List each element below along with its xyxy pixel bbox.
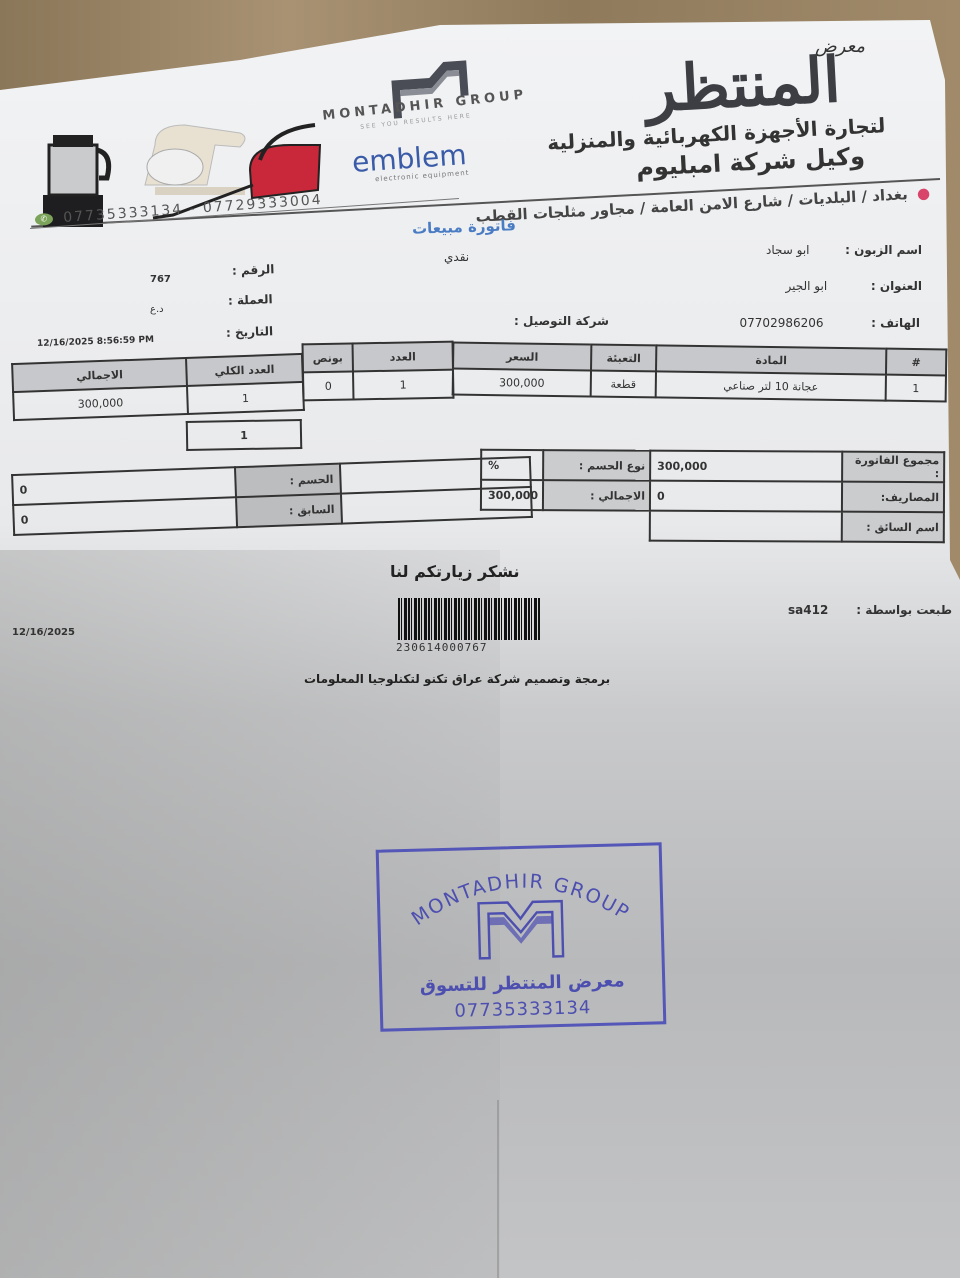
items-table: # المادة التعبئة السعر 1 عجانة 10 لتر صن… [452, 342, 948, 403]
stamp-group-name: MONTADHIR GROUP [406, 867, 635, 931]
paper-fold [497, 1100, 499, 1278]
customer-label: اسم الزبون : [845, 243, 922, 257]
phone-field: الهاتف : 07702986206 [740, 316, 920, 330]
date-label: التاريخ : [226, 324, 274, 340]
driver-value [650, 511, 842, 542]
currency-value: د.ع [150, 304, 164, 315]
cell-quantity: 1 [353, 370, 453, 400]
previous-value: 0 [13, 497, 237, 535]
col-index: # [886, 349, 946, 376]
cell-price: 300,000 [453, 369, 591, 397]
sum-total-quantity: 1 [187, 420, 301, 450]
items-table-qty: العدد بونص 1 0 [302, 341, 455, 402]
table-row[interactable]: 1 عجانة 10 لتر صناعي قطعة 300,000 [453, 369, 946, 402]
previous-label: السابق : [236, 494, 342, 528]
total-quantity-sum: 1 [186, 419, 303, 451]
address-label: العنوان : [871, 279, 922, 293]
col-packaging: التعبئة [591, 344, 656, 371]
cell-index: 1 [886, 375, 946, 402]
col-total-quantity: العدد الكلي [186, 354, 303, 386]
software-credits: برمجة وتصميم شركة عراق تكنو لتكنلوجيا ال… [304, 672, 610, 686]
customer-value: ابو سجاد [766, 243, 810, 257]
cell-total: 300,000 [13, 386, 188, 420]
address-value: ابو الجير [786, 279, 828, 293]
col-item: المادة [656, 345, 886, 374]
discount-type-label: نوع الحسم : [543, 450, 650, 481]
footer-date: 12/16/2025 [12, 627, 75, 638]
delivery-field: شركة التوصيل : [514, 314, 609, 328]
stamp-m-logo-icon [479, 901, 564, 958]
delivery-label: شركة التوصيل : [514, 314, 609, 328]
brand-name: المنتظر [644, 43, 842, 126]
whatsapp-icon: ✆ [35, 213, 54, 226]
invoice-sum-value: 300,000 [650, 451, 842, 482]
number-value: 767 [150, 274, 171, 285]
driver-label: اسم السائق : [842, 512, 944, 543]
company-stamp: MONTADHIR GROUP معرض المنتظر للتسوق 0773… [376, 842, 667, 1031]
customer-field: اسم الزبون : ابو سجاد [766, 243, 922, 257]
payment-type: نقدي [444, 250, 469, 264]
barcode-number: 230614000767 [396, 641, 487, 654]
stand-mixer-icon [145, 125, 245, 195]
cell-bonus: 0 [303, 371, 353, 400]
grand-total-label: الاجمالي : [543, 480, 650, 511]
col-bonus: بونص [303, 343, 353, 372]
discount-label: الحسم : [235, 464, 341, 498]
expenses-label: المصاريف: [842, 482, 944, 513]
phone-value: 07702986206 [740, 316, 824, 330]
address-field: العنوان : ابو الجير [786, 279, 922, 293]
thank-you-message: نشكر زيارتكم لنا [390, 562, 520, 581]
col-quantity: العدد [353, 342, 453, 372]
expenses-value: 0 [650, 481, 842, 512]
items-header-row: العدد بونص [303, 342, 453, 373]
phone-label: الهاتف : [871, 316, 920, 330]
col-price: السعر [453, 343, 591, 371]
summary-table: مجموع الفاتورة : 300,000 نوع الحسم : % ا… [480, 449, 945, 543]
cell-packaging: قطعة [591, 370, 656, 397]
cell-item: عجانة 10 لتر صناعي [656, 371, 886, 400]
currency-label: العملة : [228, 292, 273, 308]
printed-by-value: sa412 [788, 603, 828, 617]
invoice-sum-label: مجموع الفاتورة : [842, 452, 944, 483]
invoice-title: فاتورة مبيعات [412, 216, 516, 238]
number-label: الرقم : [232, 262, 275, 277]
barcode-icon [398, 598, 540, 640]
map-pin-icon: ● [916, 184, 930, 203]
table-row[interactable]: 1 0 [303, 370, 453, 401]
printed-by-label: طبعت بواسطة : [856, 603, 952, 617]
items-table-totals: العدد الكلي الاجمالي 1 300,000 [11, 353, 305, 421]
cell-total-quantity: 1 [187, 382, 304, 414]
